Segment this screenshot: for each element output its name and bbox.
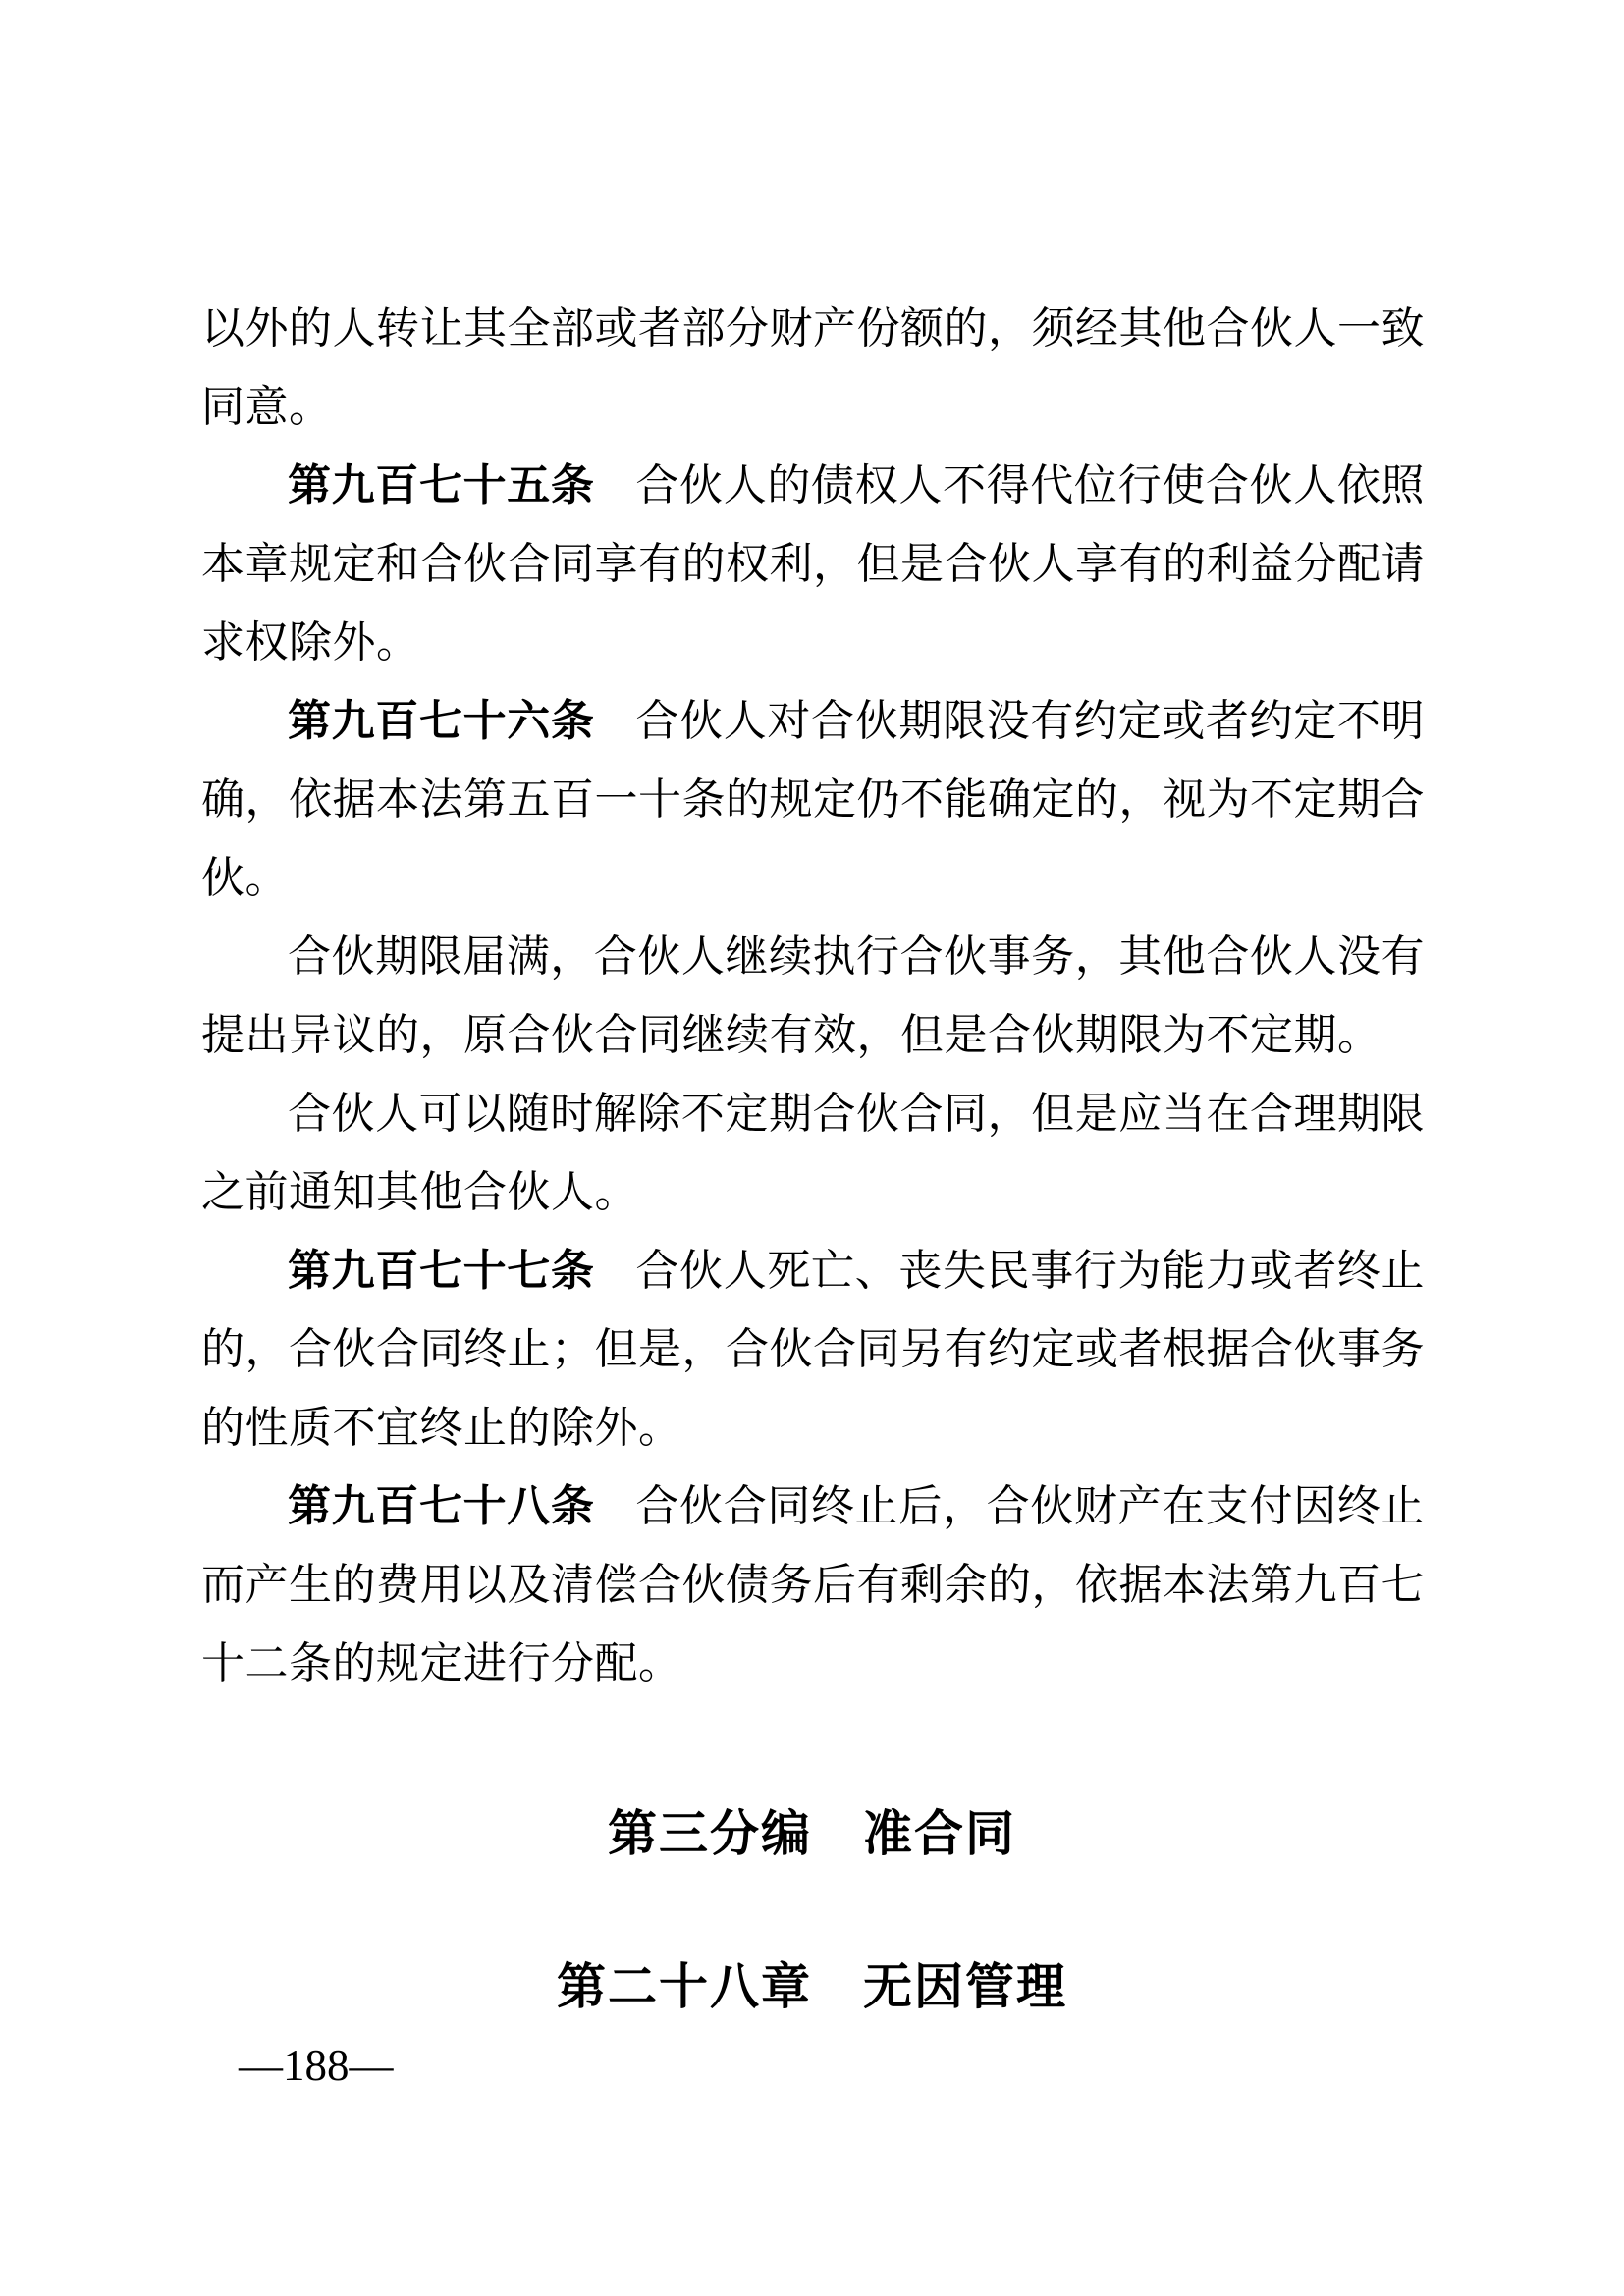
paragraph: 合伙期限届满，合伙人继续执行合伙事务，其他合伙人没有提出异议的，原合伙合同继续有… xyxy=(201,918,1425,1075)
part-heading: 第三分编 准合同 xyxy=(0,1794,1624,1873)
chapter-heading: 第二十八章 无因管理 xyxy=(0,1948,1624,2026)
paragraph: 第九百七十七条合伙人死亡、丧失民事行为能力或者终止的，合伙合同终止；但是，合伙合… xyxy=(201,1232,1425,1468)
article-number: 第九百七十八条 xyxy=(288,1482,595,1530)
paragraph: 第九百七十五条合伙人的债权人不得代位行使合伙人依照本章规定和合伙合同享有的权利，… xyxy=(201,447,1425,682)
paragraph: 第九百七十八条合伙合同终止后，合伙财产在支付因终止而产生的费用以及清偿合伙债务后… xyxy=(201,1468,1425,1703)
body-text: 以外的人转让其全部或者部分财产份额的，须经其他合伙人一致同意。第九百七十五条合伙… xyxy=(201,290,1425,1703)
article-number: 第九百七十六条 xyxy=(288,697,595,745)
article-number: 第九百七十五条 xyxy=(288,461,595,509)
paragraph: 合伙人可以随时解除不定期合伙合同，但是应当在合理期限之前通知其他合伙人。 xyxy=(201,1075,1425,1232)
paragraph: 第九百七十六条合伙人对合伙期限没有约定或者约定不明确，依据本法第五百一十条的规定… xyxy=(201,682,1425,918)
article-number: 第九百七十七条 xyxy=(288,1247,595,1295)
paragraph: 以外的人转让其全部或者部分财产份额的，须经其他合伙人一致同意。 xyxy=(201,290,1425,447)
document-page: 以外的人转让其全部或者部分财产份额的，须经其他合伙人一致同意。第九百七十五条合伙… xyxy=(0,0,1624,2296)
page-number: —188— xyxy=(239,2038,394,2093)
